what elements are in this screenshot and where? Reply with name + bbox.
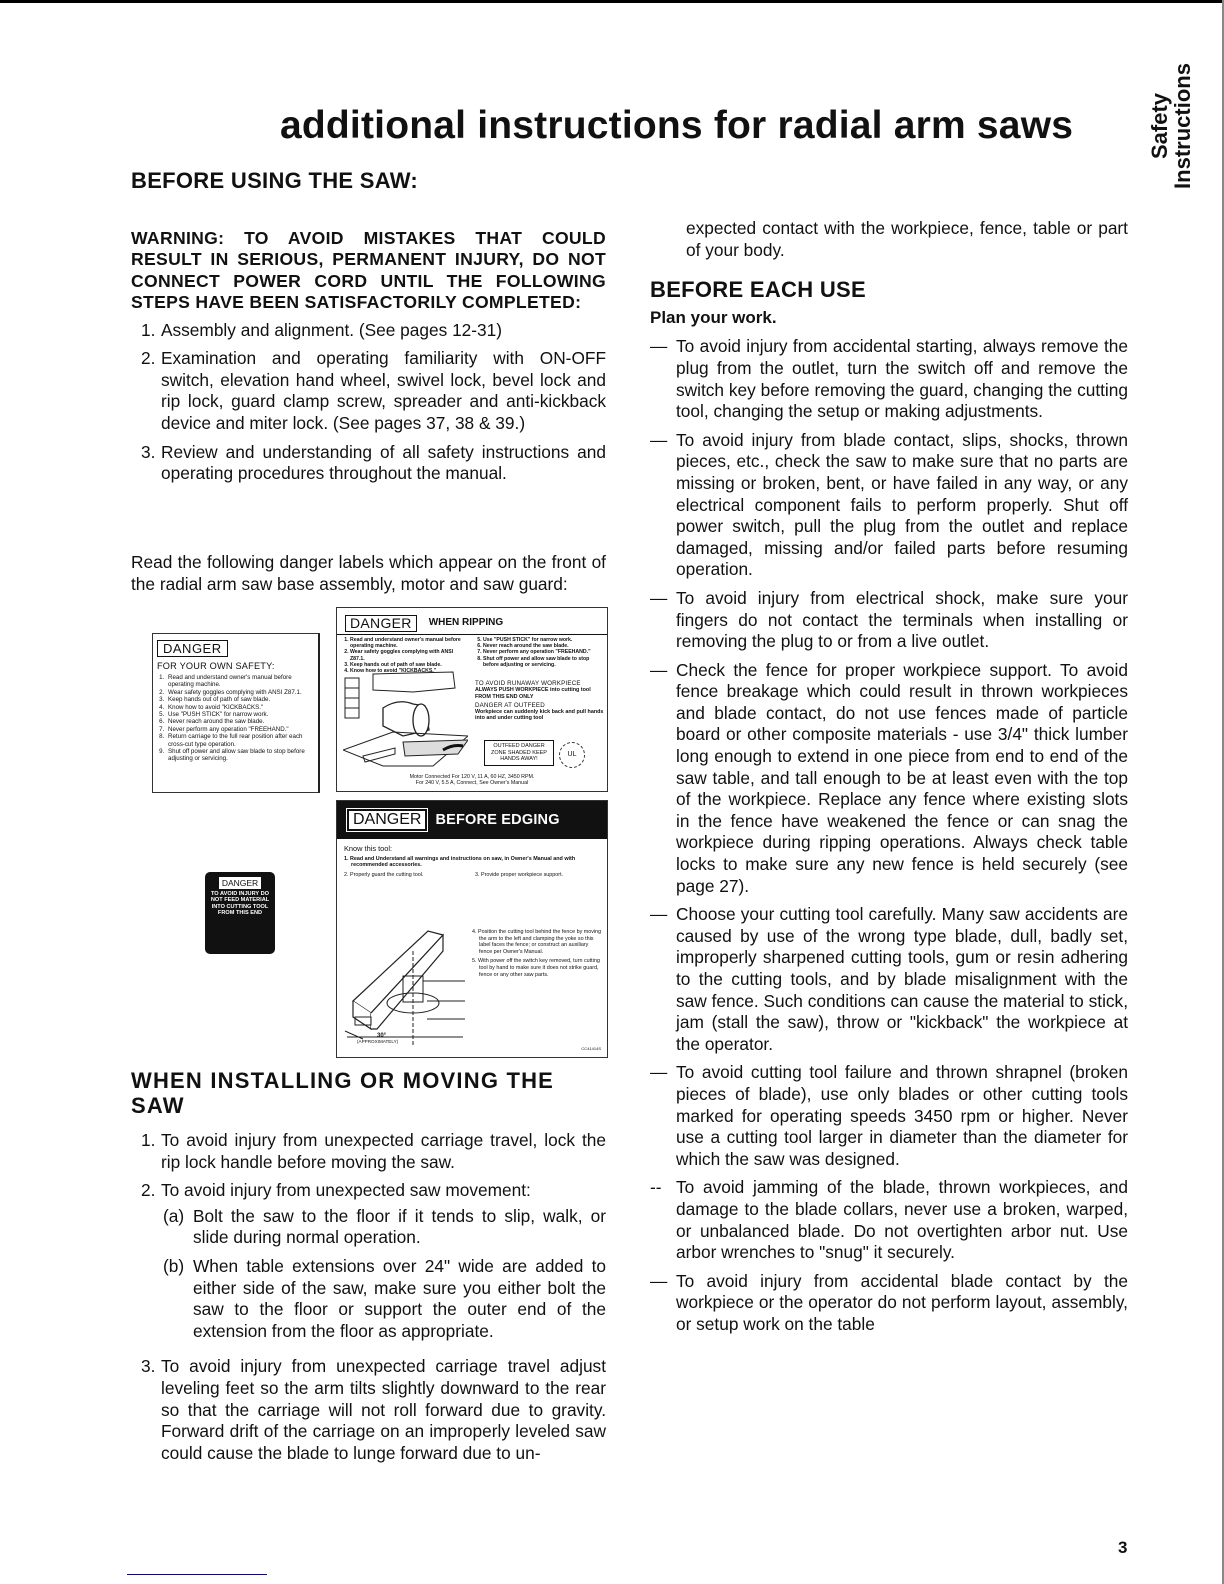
left-column-installing: WHEN INSTALLING OR MOVING THE SAW 1.To a… (131, 1068, 606, 1471)
list-item: 3.To avoid injury from unexpected carria… (131, 1356, 606, 1464)
outfeed-zone-box: OUTFEED DANGER ZONE SHADED KEEP HANDS AW… (484, 740, 554, 766)
saw-ripping-illustration (343, 670, 468, 770)
list-item: —To avoid injury from blade contact, sli… (650, 430, 1128, 581)
saw-arm-illustration (343, 921, 468, 1051)
footer-link-underline[interactable] (127, 1574, 267, 1575)
list-item: —To avoid injury from accidental blade c… (650, 1271, 1128, 1336)
labels-intro-text: Read the following danger labels which a… (131, 552, 606, 595)
list-item: 1.Assembly and alignment. (See pages 12-… (131, 320, 606, 342)
list-item: --To avoid jamming of the blade, thrown … (650, 1177, 1128, 1263)
labels-intro-block: Read the following danger labels which a… (131, 552, 606, 595)
danger-label-feed: DANGER TO AVOID INJURY DO NOT FEED MATER… (205, 872, 275, 954)
page-number: 3 (1118, 1538, 1127, 1558)
section-tab: Safety Instructions (1142, 54, 1222, 204)
danger-badge: DANGER (347, 809, 427, 831)
section-tab-line-2: Instructions (1171, 56, 1194, 196)
list-item: —To avoid injury from accidental startin… (650, 336, 1128, 422)
ul-certification-icon: UL (559, 742, 585, 768)
label-title: WHEN RIPPING (429, 620, 503, 626)
list-item: —Choose your cutting tool carefully. Man… (650, 904, 1128, 1055)
edging-steps: 4. Position the cutting tool behind the … (472, 929, 602, 981)
continuation-text: expected contact with the workpiece, fen… (650, 218, 1128, 261)
label-code: CC41414S (581, 1046, 601, 1053)
list-item: 2.Examination and operating familiarity … (131, 348, 606, 434)
danger-badge: DANGER (219, 877, 261, 889)
list-item: —To avoid injury from electrical shock, … (650, 588, 1128, 653)
right-column: expected contact with the workpiece, fen… (650, 218, 1128, 1343)
section-heading-before-using: BEFORE USING THE SAW: (131, 170, 606, 192)
section-heading-installing: WHEN INSTALLING OR MOVING THE SAW (131, 1068, 606, 1118)
before-each-use-list: —To avoid injury from accidental startin… (650, 336, 1128, 1335)
list-item: —To avoid cutting tool failure and throw… (650, 1062, 1128, 1170)
list-item: 1.To avoid injury from unexpected carria… (131, 1130, 606, 1173)
left-column: BEFORE USING THE SAW: WARNING: TO AVOID … (131, 170, 606, 492)
danger-badge: DANGER (345, 615, 417, 632)
label-items: Read and understand owner's manual befor… (157, 674, 314, 763)
danger-label-edging: DANGER BEFORE EDGING Know this tool: 1. … (336, 800, 608, 1058)
list-item: —Check the fence for proper workpiece su… (650, 660, 1128, 898)
subheading-plan: Plan your work. (650, 307, 1128, 329)
danger-label-ripping: DANGER WHEN RIPPING Read and understand … (336, 607, 608, 792)
runaway-warning: TO AVOID RUNAWAY WORKPIECE ALWAYS PUSH W… (475, 681, 605, 722)
danger-badge: DANGER (157, 640, 228, 657)
setup-steps-list: 1.Assembly and alignment. (See pages 12-… (131, 320, 606, 485)
page-title: additional instructions for radial arm s… (280, 104, 1073, 148)
label-heading: FOR YOUR OWN SAFETY: (157, 661, 314, 672)
install-list-cont: 3.To avoid injury from unexpected carria… (131, 1356, 606, 1464)
section-tab-line-1: Safety (1148, 56, 1171, 196)
motor-rating: Motor Connected For 120 V, 11 A, 60 HZ, … (337, 774, 607, 787)
warning-text: WARNING: TO AVOID MISTAKES THAT COULD RE… (131, 228, 606, 314)
approx-label: (APPROXIMATELY) (357, 1039, 398, 1046)
section-heading-before-each-use: BEFORE EACH USE (650, 279, 1128, 301)
list-subitem: (a)Bolt the saw to the floor if it tends… (131, 1206, 606, 1249)
feed-warning-text: TO AVOID INJURY DO NOT FEED MATERIAL INT… (205, 891, 275, 917)
label-title: BEFORE EDGING (435, 817, 559, 824)
install-list: 1.To avoid injury from unexpected carria… (131, 1130, 606, 1202)
list-subitem: (b)When table extensions over 24" wide a… (131, 1256, 606, 1342)
danger-label-own-safety: DANGER FOR YOUR OWN SAFETY: Read and und… (152, 633, 320, 793)
list-item: 3.Review and understanding of all safety… (131, 442, 606, 485)
list-item: 2.To avoid injury from unexpected saw mo… (131, 1180, 606, 1202)
page-top-border (0, 0, 1224, 3)
